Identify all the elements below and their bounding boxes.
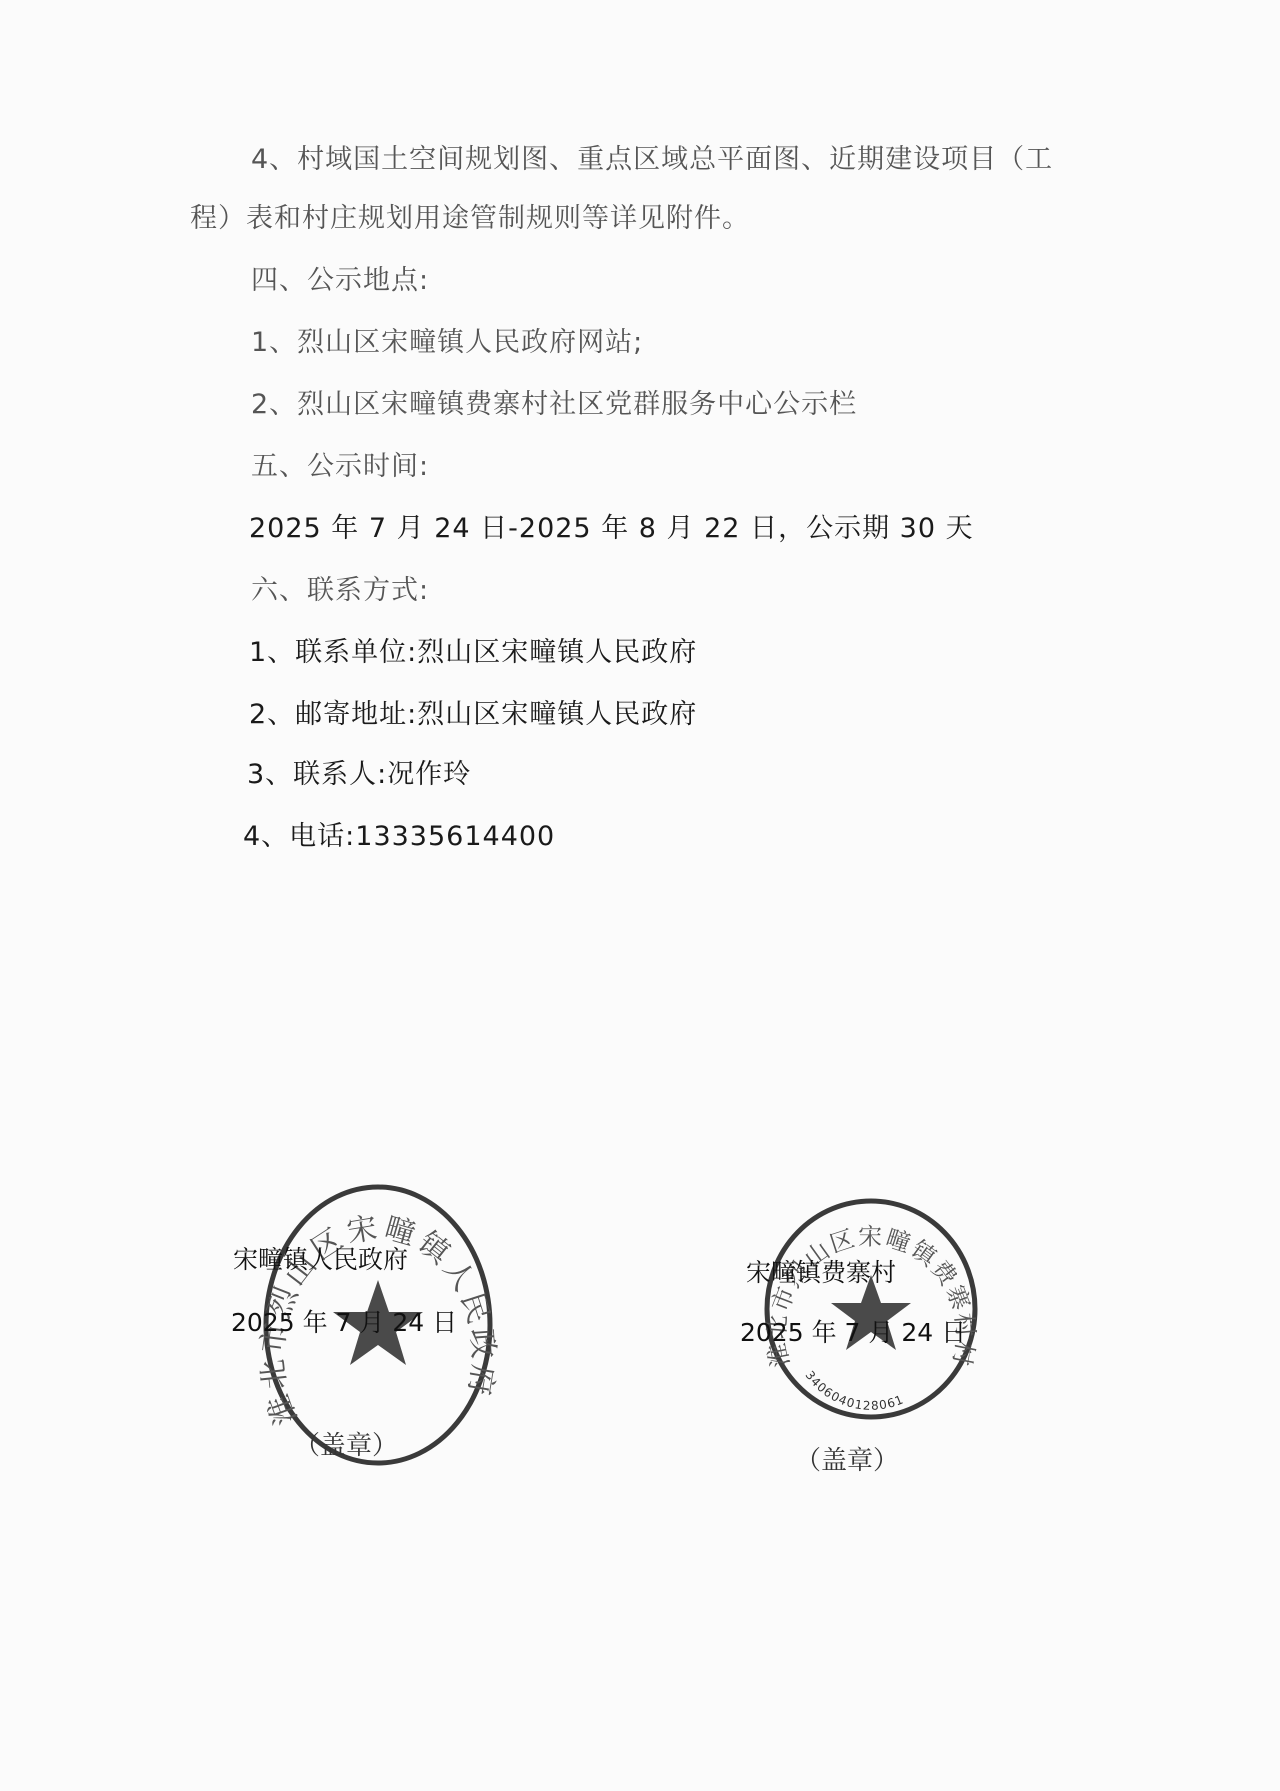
- left-stamp-label: （盖章）: [294, 1425, 398, 1462]
- right-date: 2025 年 7 月 24 日: [740, 1318, 966, 1348]
- item4-line1: 4、村域国土空间规划图、重点区域总平面图、近期建设项目（工: [251, 143, 1053, 177]
- contact-person: 3、联系人:况作玲: [247, 758, 471, 792]
- phone: 4、电话:13335614400: [243, 820, 555, 854]
- contact-unit: 1、联系单位:烈山区宋疃镇人民政府: [249, 636, 697, 670]
- section5-heading: 五、公示时间:: [251, 450, 429, 484]
- section4-heading: 四、公示地点:: [251, 264, 429, 298]
- item4-line2: 程）表和村庄规划用途管制规则等详见附件。: [190, 202, 750, 236]
- right-org-name: 宋疃镇费寨村: [746, 1258, 896, 1288]
- right-seal-graphic: 淮北市烈山区宋疃镇费寨村村民委员会 3406040128061: [760, 1195, 982, 1423]
- publicity-period: 2025 年 7 月 24 日-2025 年 8 月 22 日，公示期 30 天: [249, 512, 974, 546]
- left-org-name: 宋疃镇人民政府: [233, 1245, 408, 1275]
- right-seal-code: 3406040128061: [802, 1368, 905, 1413]
- right-official-seal: 淮北市烈山区宋疃镇费寨村村民委员会 3406040128061: [760, 1195, 982, 1423]
- right-stamp-label: （盖章）: [795, 1440, 899, 1477]
- mail-address: 2、邮寄地址:烈山区宋疃镇人民政府: [249, 698, 697, 732]
- section6-heading: 六、联系方式:: [251, 574, 429, 608]
- left-date: 2025 年 7 月 24 日: [231, 1308, 457, 1338]
- location-1: 1、烈山区宋疃镇人民政府网站;: [251, 326, 643, 360]
- svg-text:3406040128061: 3406040128061: [802, 1368, 905, 1413]
- location-2: 2、烈山区宋疃镇费寨村社区党群服务中心公示栏: [251, 388, 857, 422]
